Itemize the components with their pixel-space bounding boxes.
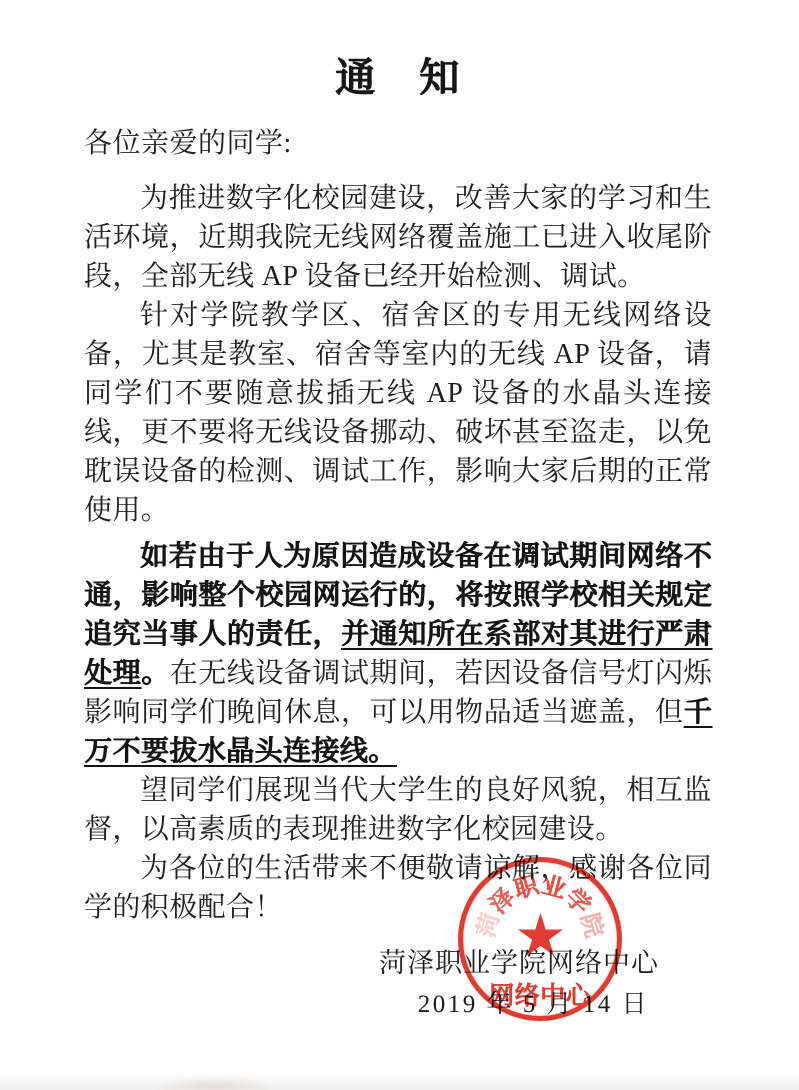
salutation: 各位亲爱的同学:: [84, 124, 712, 163]
paragraph: 为推进数字化校园建设，改善大家的学习和生活环境，近期我院无线网络覆盖施工已进入收…: [84, 179, 712, 296]
text-run: 为推进数字化校园建设，改善大家的学习和生活环境，近期我院无线网络覆盖施工已进入收…: [84, 183, 712, 292]
official-seal: 菏泽职业学院 网络中心: [458, 857, 622, 1021]
scan-edge-shadow: [0, 1074, 799, 1090]
paragraph: 如若由于人为原因造成设备在调试期间网络不通，影响整个校园网运行的，将按照学校相关…: [84, 537, 712, 771]
paragraph: 针对学院教学区、宿舍区的专用无线网络设备，尤其是教室、宿舍等室内的无线 AP 设…: [84, 296, 712, 530]
text-run: 。: [141, 658, 170, 689]
notice-title: 通 知: [84, 54, 712, 102]
text-run: 在无线设备调试期间，若因设备信号灯闪烁影响同学们晚间休息，可以用物品适当遮盖，但: [84, 658, 712, 728]
scanned-notice-page: 通 知 各位亲爱的同学: 为推进数字化校园建设，改善大家的学习和生活环境，近期我…: [0, 0, 799, 1090]
seal-center-text: 网络中心: [458, 976, 622, 1012]
text-run: 针对学院教学区、宿舍区的专用无线网络设备，尤其是教室、宿舍等室内的无线 AP 设…: [84, 300, 712, 526]
paragraph: 望同学们展现当代大学生的良好风貌，相互监督，以高素质的表现推进数字化校园建设。: [84, 771, 712, 849]
text-run: 望同学们展现当代大学生的良好风貌，相互监督，以高素质的表现推进数字化校园建设。: [84, 775, 712, 845]
paragraphs: 为推进数字化校园建设，改善大家的学习和生活环境，近期我院无线网络覆盖施工已进入收…: [84, 179, 712, 927]
notice-body: 通 知 各位亲爱的同学: 为推进数字化校园建设，改善大家的学习和生活环境，近期我…: [84, 54, 712, 927]
